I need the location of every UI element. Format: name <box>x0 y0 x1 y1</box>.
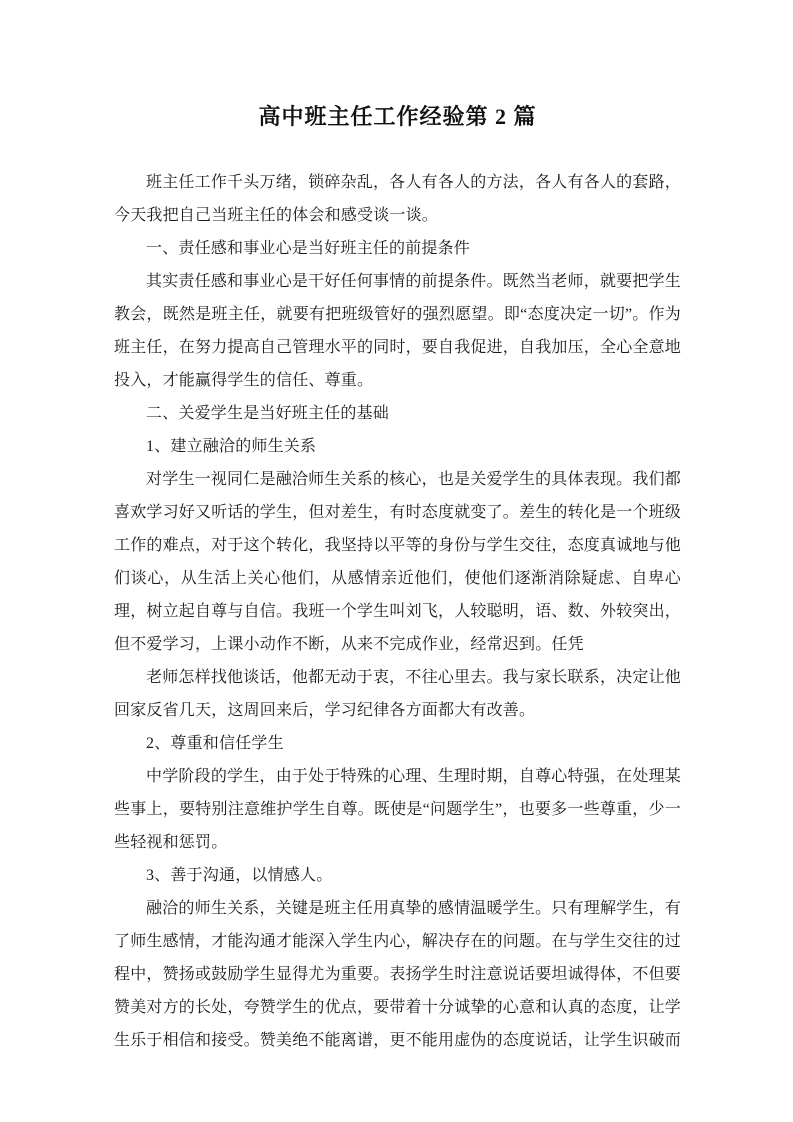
section-heading-1: 一、责任感和事业心是当好班主任的前提条件 <box>114 232 681 265</box>
document-body: 班主任工作千头万绪，锁碎杂乱，各人有各人的方法，各人有各人的套路，今天我把自己当… <box>114 166 681 1057</box>
paragraph-intro: 班主任工作千头万绪，锁碎杂乱，各人有各人的方法，各人有各人的套路，今天我把自己当… <box>114 166 681 232</box>
subsection-heading-2-3: 3、善于沟通，以情感人。 <box>114 859 681 892</box>
subsection-heading-2-2: 2、尊重和信任学生 <box>114 727 681 760</box>
section-heading-2: 二、关爱学生是当好班主任的基础 <box>114 397 681 430</box>
paragraph-2-3: 融洽的师生关系，关键是班主任用真挚的感情温暖学生。只有理解学生，有了师生感情，才… <box>114 892 681 1057</box>
paragraph-2-2: 中学阶段的学生，由于处于特殊的心理、生理时期，自尊心特强，在处理某些事上，要特别… <box>114 760 681 859</box>
paragraph-section-1: 其实责任感和事业心是干好任何事情的前提条件。既然当老师，就要把学生教会，既然是班… <box>114 265 681 397</box>
paragraph-2-1-b: 老师怎样找他谈话，他都无动于衷，不往心里去。我与家长联系，决定让他回家反省几天，… <box>114 661 681 727</box>
paragraph-2-1-a: 对学生一视同仁是融洽师生关系的核心，也是关爱学生的具体表现。我们都喜欢学习好又听… <box>114 463 681 661</box>
document-page: 高中班主任工作经验第 2 篇 班主任工作千头万绪，锁碎杂乱，各人有各人的方法，各… <box>0 0 793 1122</box>
document-title: 高中班主任工作经验第 2 篇 <box>114 100 681 134</box>
subsection-heading-2-1: 1、建立融洽的师生关系 <box>114 430 681 463</box>
